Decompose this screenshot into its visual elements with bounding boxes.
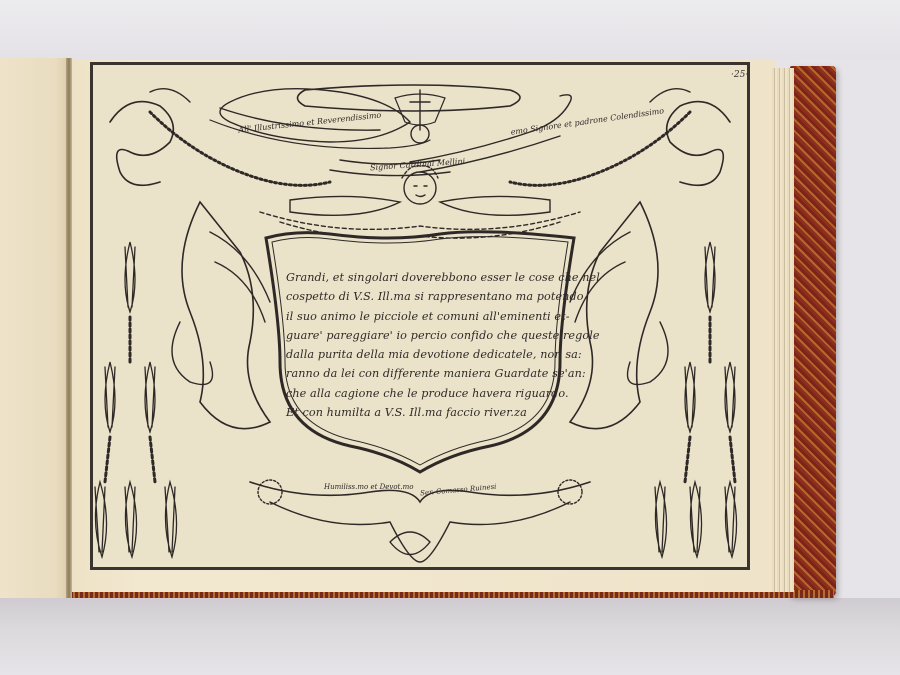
dedication-line: che alla cagione che le produce havera r… bbox=[286, 384, 568, 403]
dedication-line: Grandi, et singolari doverebbono esser l… bbox=[286, 268, 568, 287]
dedication-line: guare' pareggiare' io percio confido che… bbox=[286, 326, 568, 345]
page-number: ·25· bbox=[731, 70, 748, 80]
dedication-line: ranno da lei con differente maniera Guar… bbox=[286, 364, 568, 383]
page-edges bbox=[772, 68, 794, 592]
dedication-line: Et con humilta a V.S. Ill.ma faccio rive… bbox=[286, 403, 568, 422]
backdrop-bottom bbox=[0, 598, 900, 675]
book-cover-spine bbox=[790, 66, 836, 596]
dedication-line: il suo animo le picciole et comuni all'e… bbox=[286, 307, 568, 326]
signature-left: Humiliss.mo et Devot.mo bbox=[324, 483, 413, 491]
backdrop-top bbox=[0, 0, 900, 60]
left-page bbox=[0, 58, 70, 598]
dedication-line: dalla purita della mia devotione dedicat… bbox=[286, 345, 568, 364]
book-gutter bbox=[66, 58, 72, 598]
dedication-text: Grandi, et singolari doverebbono esser l… bbox=[286, 268, 568, 422]
dedication-line: cospetto di V.S. Ill.ma si rappresentano… bbox=[286, 287, 568, 306]
